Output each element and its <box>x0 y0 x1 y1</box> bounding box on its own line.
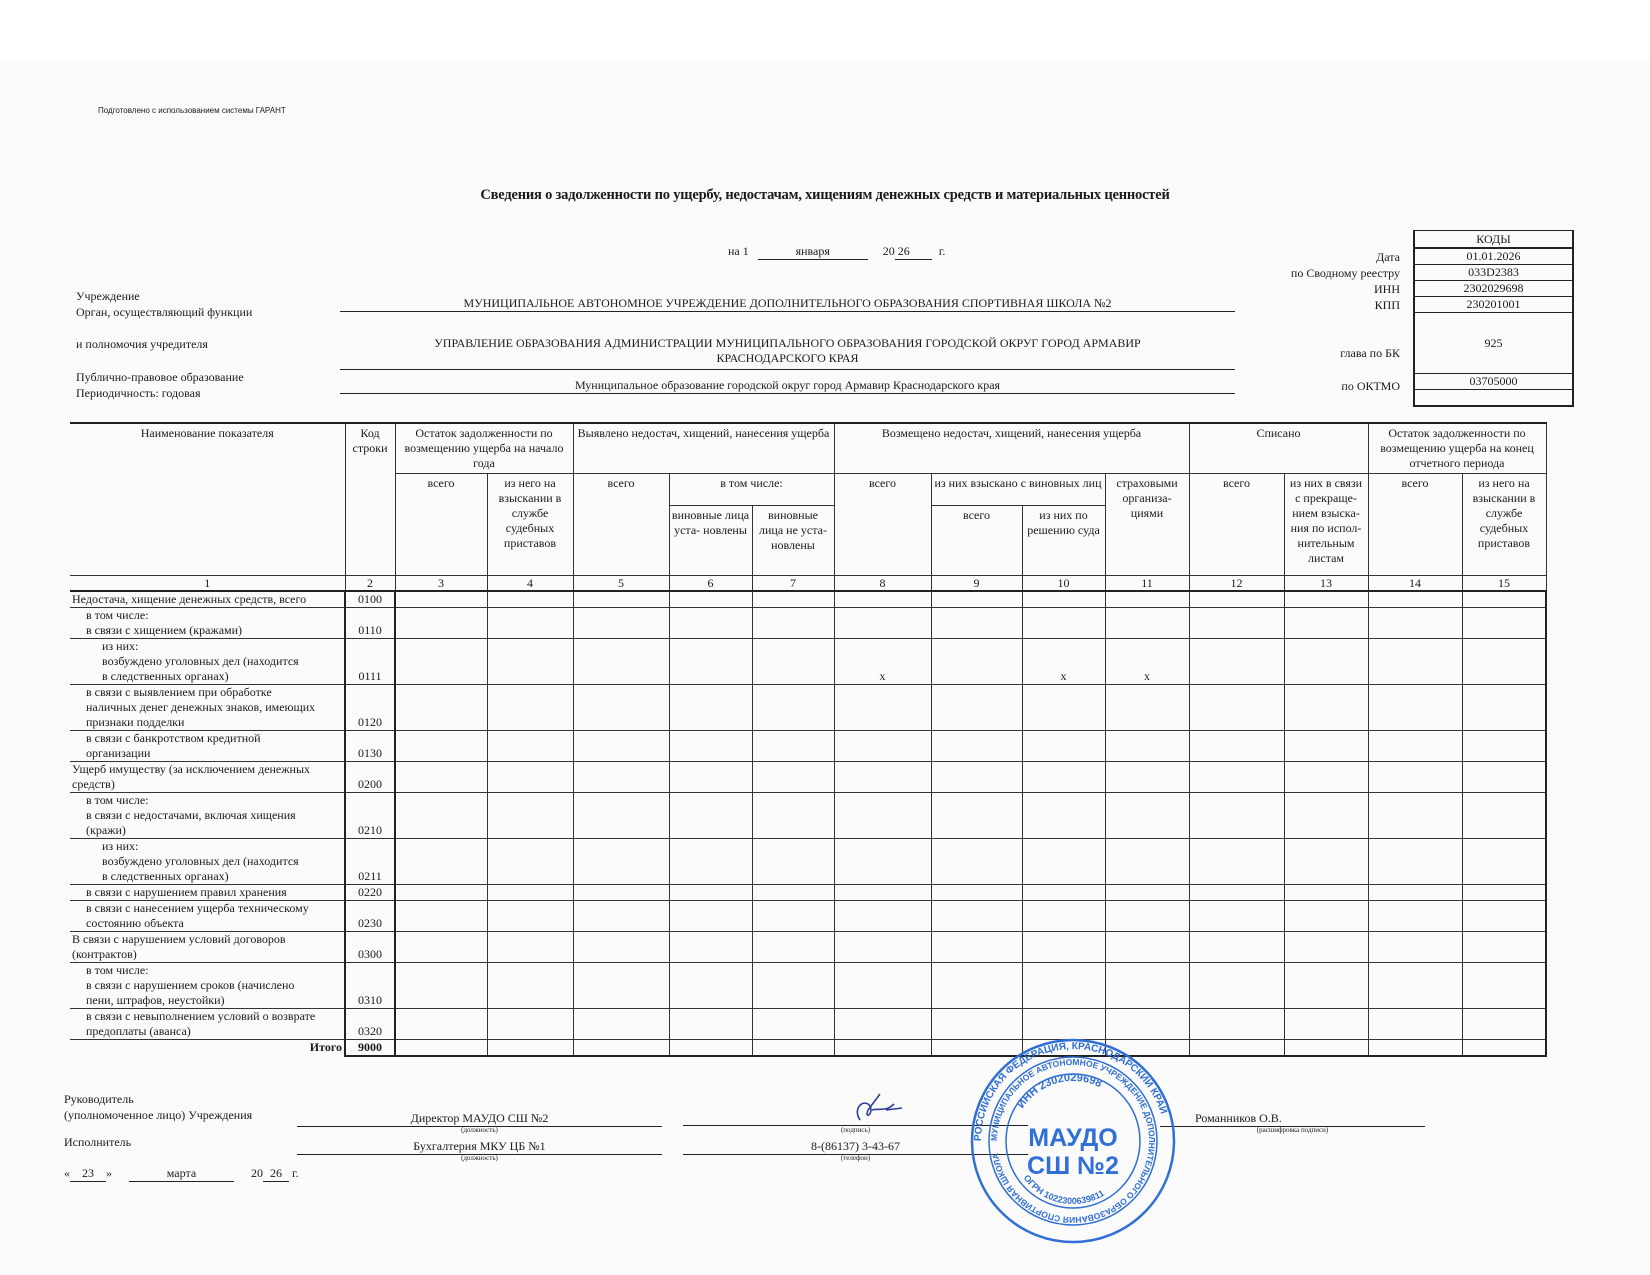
column-number: 11 <box>1105 575 1189 591</box>
public-entity-label: Публично-правовое образование <box>76 370 244 385</box>
table-row: в том числе: в связи с нарушением сроков… <box>70 962 1546 1008</box>
table-row: в связи с нанесением ущерба техническому… <box>70 900 1546 931</box>
head-label-1: Руководитель <box>64 1092 134 1107</box>
table-row: в связи с невыполнением условий о возвра… <box>70 1008 1546 1039</box>
header-detected-including: в том числе: <box>669 473 834 505</box>
value-cell[interactable] <box>1022 607 1105 638</box>
header-detected-total: всего <box>573 473 669 575</box>
document-title: Сведения о задолженности по ущербу, недо… <box>0 187 1650 204</box>
row-name: Ущерб имуществу (за исключением денежных… <box>70 761 345 792</box>
value-cell[interactable] <box>1368 838 1462 884</box>
total-cell[interactable] <box>1284 1039 1368 1056</box>
header-by-court: из них по решению суда <box>1022 505 1105 575</box>
public-entity-value: Муниципальное образование городской окру… <box>340 378 1235 394</box>
executor-position-caption: (должность) <box>297 1154 662 1162</box>
row-name: Недостача, хищение денежных средств, все… <box>70 591 345 608</box>
row-code: 0310 <box>345 962 395 1008</box>
code-kpp: 230201001 <box>1415 296 1572 312</box>
date-month: января <box>758 244 868 260</box>
value-cell[interactable] <box>1105 730 1189 761</box>
row-code: 0110 <box>345 607 395 638</box>
total-row: Итого9000 <box>70 1039 1546 1056</box>
value-cell[interactable] <box>1189 931 1284 962</box>
value-cell[interactable] <box>1022 838 1105 884</box>
code-inn: 2302029698 <box>1415 280 1572 296</box>
value-cell[interactable] <box>1022 931 1105 962</box>
value-cell[interactable] <box>834 884 931 900</box>
value-cell[interactable] <box>1105 900 1189 931</box>
value-cell[interactable] <box>1368 607 1462 638</box>
value-cell[interactable] <box>1462 1008 1546 1039</box>
value-cell[interactable] <box>1189 838 1284 884</box>
value-cell[interactable] <box>752 1008 834 1039</box>
value-cell[interactable] <box>669 1008 752 1039</box>
value-cell[interactable] <box>669 900 752 931</box>
codes-header: КОДЫ <box>1415 231 1572 247</box>
total-cell[interactable] <box>834 1039 931 1056</box>
column-number: 13 <box>1284 575 1368 591</box>
value-cell[interactable] <box>395 730 487 761</box>
value-cell[interactable] <box>1022 900 1105 931</box>
value-cell[interactable] <box>931 638 1022 684</box>
founder-value-1: УПРАВЛЕНИЕ ОБРАЗОВАНИЯ АДМИНИСТРАЦИИ МУН… <box>340 336 1235 351</box>
value-cell[interactable] <box>834 792 931 838</box>
value-cell[interactable] <box>573 607 669 638</box>
row-name: в том числе: в связи с нарушением сроков… <box>70 962 345 1008</box>
founder-underline <box>340 369 1235 370</box>
value-cell[interactable] <box>395 900 487 931</box>
code-label-registry: по Сводному реестру <box>1180 266 1400 281</box>
value-cell[interactable] <box>1284 838 1368 884</box>
value-cell[interactable] <box>487 1008 573 1039</box>
value-cell[interactable] <box>573 638 669 684</box>
value-cell[interactable] <box>1105 684 1189 730</box>
table-row: В связи с нарушением условий договоров (… <box>70 931 1546 962</box>
head-label-2: (уполномоченное лицо) Учреждения <box>64 1108 252 1123</box>
value-cell[interactable] <box>752 638 834 684</box>
row-name: в связи с выявлением при обработке налич… <box>70 684 345 730</box>
value-cell[interactable] <box>487 684 573 730</box>
value-cell[interactable] <box>1189 591 1284 608</box>
sign-date-suffix: г. <box>292 1166 299 1180</box>
row-name: в связи с нарушением правил хранения <box>70 884 345 900</box>
header-name: Наименование показателя <box>70 423 345 575</box>
value-cell[interactable] <box>1284 761 1368 792</box>
value-cell[interactable] <box>573 884 669 900</box>
table-row: из них: возбуждено уголовных дел (находи… <box>70 638 1546 684</box>
garant-note: Подготовлено с использованием системы ГА… <box>98 106 286 115</box>
table-row: в том числе: в связи с хищением (кражами… <box>70 607 1546 638</box>
value-cell[interactable] <box>487 884 573 900</box>
header-culprits-found: виновные лица уста- новлены <box>669 505 752 575</box>
row-code: 0100 <box>345 591 395 608</box>
sign-date-year: 26 <box>263 1166 289 1182</box>
table-row: в том числе: в связи с недостачами, вклю… <box>70 792 1546 838</box>
value-cell[interactable] <box>487 838 573 884</box>
value-cell[interactable] <box>487 638 573 684</box>
sign-date-month: марта <box>129 1166 234 1182</box>
value-cell[interactable] <box>1284 931 1368 962</box>
value-cell[interactable] <box>1189 1008 1284 1039</box>
value-cell[interactable] <box>931 684 1022 730</box>
value-cell[interactable] <box>487 931 573 962</box>
value-cell[interactable] <box>487 761 573 792</box>
row-code: 0320 <box>345 1008 395 1039</box>
value-cell[interactable] <box>1105 607 1189 638</box>
value-cell[interactable] <box>1284 884 1368 900</box>
value-cell[interactable] <box>1284 607 1368 638</box>
row-code: 0300 <box>345 931 395 962</box>
value-cell[interactable] <box>1462 900 1546 931</box>
value-cell[interactable] <box>395 684 487 730</box>
value-cell[interactable] <box>1368 638 1462 684</box>
value-cell[interactable] <box>1189 761 1284 792</box>
value-cell[interactable] <box>834 931 931 962</box>
value-cell[interactable] <box>1284 591 1368 608</box>
date-prefix: на 1 <box>728 244 749 258</box>
value-cell[interactable] <box>1462 761 1546 792</box>
code-glava: 925 <box>1415 312 1572 373</box>
value-cell[interactable] <box>669 761 752 792</box>
value-cell[interactable] <box>834 838 931 884</box>
value-cell[interactable] <box>1189 638 1284 684</box>
header-end-balance: Остаток задолженности по возмещению ущер… <box>1368 423 1546 473</box>
sign-date-year-prefix: 20 <box>251 1166 263 1180</box>
value-cell[interactable] <box>573 962 669 1008</box>
total-cell[interactable] <box>752 1039 834 1056</box>
value-cell[interactable] <box>1462 591 1546 608</box>
value-cell[interactable] <box>487 607 573 638</box>
value-cell[interactable] <box>752 591 834 608</box>
value-cell[interactable] <box>931 962 1022 1008</box>
name-caption: (расшифровка подписи) <box>1160 1126 1425 1134</box>
value-cell[interactable] <box>395 884 487 900</box>
column-number: 9 <box>931 575 1022 591</box>
header-insurers: страховыми организа- циями <box>1105 473 1189 575</box>
value-cell[interactable] <box>1022 792 1105 838</box>
value-cell[interactable] <box>1462 638 1546 684</box>
column-number: 4 <box>487 575 573 591</box>
value-cell[interactable] <box>669 838 752 884</box>
value-cell[interactable] <box>931 607 1022 638</box>
value-cell[interactable] <box>834 684 931 730</box>
value-cell[interactable] <box>573 761 669 792</box>
date-year-prefix: 20 <box>883 244 895 258</box>
row-code: 0210 <box>345 792 395 838</box>
column-number: 2 <box>345 575 395 591</box>
value-cell[interactable] <box>752 607 834 638</box>
value-cell[interactable] <box>395 962 487 1008</box>
row-name: в том числе: в связи с хищением (кражами… <box>70 607 345 638</box>
value-cell[interactable] <box>1022 1008 1105 1039</box>
header-start-bailiffs: из него на взыскании в службе судебных п… <box>487 473 573 575</box>
value-cell[interactable] <box>573 730 669 761</box>
value-cell[interactable] <box>1284 1008 1368 1039</box>
value-cell[interactable] <box>1462 730 1546 761</box>
value-cell[interactable] <box>1462 684 1546 730</box>
table-row: из них: возбуждено уголовных дел (находи… <box>70 838 1546 884</box>
value-cell[interactable] <box>1189 884 1284 900</box>
header-from-culprits: из них взыскано с виновных лиц <box>931 473 1105 505</box>
value-cell[interactable] <box>487 730 573 761</box>
header-start-total: всего <box>395 473 487 575</box>
institution-value: МУНИЦИПАЛЬНОЕ АВТОНОМНОЕ УЧРЕЖДЕНИЕ ДОПО… <box>340 296 1235 312</box>
value-cell[interactable] <box>752 900 834 931</box>
row-name: в том числе: в связи с недостачами, вклю… <box>70 792 345 838</box>
value-cell[interactable] <box>395 761 487 792</box>
value-cell[interactable] <box>669 684 752 730</box>
header-written-off: Списано <box>1189 423 1368 473</box>
value-cell[interactable] <box>931 1008 1022 1039</box>
row-code: 0130 <box>345 730 395 761</box>
value-cell[interactable] <box>1368 761 1462 792</box>
value-cell[interactable] <box>931 931 1022 962</box>
header-end-bailiffs: из него на взыскании в службе судебных п… <box>1462 473 1546 575</box>
value-cell[interactable] <box>395 607 487 638</box>
value-cell[interactable] <box>834 900 931 931</box>
code-date: 01.01.2026 <box>1415 247 1572 264</box>
official-stamp: РОССИЙСКАЯ ФЕДЕРАЦИЯ, КРАСНОДАРСКИЙ КРАЙ… <box>970 1038 1176 1244</box>
value-cell[interactable] <box>573 792 669 838</box>
header-start-balance: Остаток задолженности по возмещению ущер… <box>395 423 573 473</box>
value-cell[interactable] <box>487 900 573 931</box>
total-cell[interactable] <box>573 1039 669 1056</box>
value-cell[interactable] <box>1284 684 1368 730</box>
value-cell[interactable] <box>1022 761 1105 792</box>
column-number: 12 <box>1189 575 1284 591</box>
value-cell[interactable] <box>1105 884 1189 900</box>
value-cell[interactable] <box>834 607 931 638</box>
table-row: Недостача, хищение денежных средств, все… <box>70 591 1546 608</box>
value-cell[interactable] <box>1284 638 1368 684</box>
total-cell[interactable] <box>1368 1039 1462 1056</box>
column-number: 1 <box>70 575 345 591</box>
value-cell[interactable] <box>395 591 487 608</box>
value-cell[interactable] <box>1189 962 1284 1008</box>
row-code: 0120 <box>345 684 395 730</box>
executor-label: Исполнитель <box>64 1135 131 1150</box>
header-terminated: из них в связи с прекраще- нием взыска- … <box>1284 473 1368 575</box>
value-cell[interactable] <box>1462 838 1546 884</box>
value-cell[interactable] <box>395 792 487 838</box>
value-cell[interactable] <box>1105 792 1189 838</box>
value-cell[interactable] <box>1105 761 1189 792</box>
value-cell[interactable] <box>834 730 931 761</box>
value-cell[interactable] <box>1368 900 1462 931</box>
header-written-total: всего <box>1189 473 1284 575</box>
value-cell[interactable] <box>1105 591 1189 608</box>
value-cell[interactable] <box>1105 962 1189 1008</box>
value-cell[interactable] <box>1462 884 1546 900</box>
total-cell[interactable] <box>487 1039 573 1056</box>
founder-value-2: КРАСНОДАРСКОГО КРАЯ <box>340 351 1235 366</box>
total-cell[interactable] <box>1462 1039 1546 1056</box>
value-cell[interactable] <box>1022 591 1105 608</box>
periodicity-label: Периодичность: годовая <box>76 386 200 401</box>
value-cell[interactable] <box>573 838 669 884</box>
debt-table: Наименование показателя Код строки Остат… <box>70 422 1547 1057</box>
value-cell[interactable] <box>1022 730 1105 761</box>
row-code: 0230 <box>345 900 395 931</box>
value-cell[interactable] <box>834 761 931 792</box>
value-cell[interactable] <box>1189 730 1284 761</box>
value-cell[interactable] <box>1462 607 1546 638</box>
table-row: в связи с выявлением при обработке налич… <box>70 684 1546 730</box>
institution-label: Учреждение <box>76 289 140 304</box>
row-name: В связи с нарушением условий договоров (… <box>70 931 345 962</box>
sign-date: «23» марта 2026 г. <box>64 1166 299 1182</box>
value-cell[interactable] <box>1105 838 1189 884</box>
row-code: 0211 <box>345 838 395 884</box>
value-cell[interactable] <box>752 684 834 730</box>
code-label-kpp: КПП <box>1180 298 1400 313</box>
row-code: 0111 <box>345 638 395 684</box>
value-cell[interactable] <box>1368 684 1462 730</box>
value-cell[interactable] <box>395 1008 487 1039</box>
value-cell[interactable] <box>1368 931 1462 962</box>
value-cell[interactable] <box>1105 931 1189 962</box>
value-cell[interactable] <box>752 792 834 838</box>
value-cell[interactable] <box>752 884 834 900</box>
row-code: 0220 <box>345 884 395 900</box>
total-code: 9000 <box>345 1039 395 1056</box>
value-cell[interactable] <box>573 931 669 962</box>
value-cell[interactable] <box>573 900 669 931</box>
value-cell[interactable] <box>931 838 1022 884</box>
value-cell[interactable] <box>1022 962 1105 1008</box>
value-cell[interactable] <box>1284 730 1368 761</box>
total-cell[interactable] <box>1189 1039 1284 1056</box>
column-number: 8 <box>834 575 931 591</box>
value-cell[interactable]: x <box>1022 638 1105 684</box>
value-cell[interactable] <box>669 884 752 900</box>
value-cell[interactable] <box>752 931 834 962</box>
value-cell[interactable] <box>752 761 834 792</box>
date-suffix: г. <box>939 244 946 258</box>
value-cell[interactable] <box>395 638 487 684</box>
value-cell[interactable] <box>1189 607 1284 638</box>
total-cell[interactable] <box>669 1039 752 1056</box>
value-cell[interactable] <box>1284 900 1368 931</box>
value-cell[interactable] <box>573 1008 669 1039</box>
value-cell[interactable] <box>573 591 669 608</box>
report-date: на 1 января 2026 г. <box>728 244 945 260</box>
scan-top-margin <box>0 0 1650 62</box>
value-cell[interactable] <box>1368 1008 1462 1039</box>
value-cell[interactable] <box>1284 792 1368 838</box>
value-cell[interactable] <box>1189 792 1284 838</box>
row-code: 0200 <box>345 761 395 792</box>
value-cell[interactable] <box>487 792 573 838</box>
date-year: 26 <box>895 244 932 260</box>
value-cell[interactable] <box>395 838 487 884</box>
value-cell[interactable] <box>834 1008 931 1039</box>
value-cell[interactable] <box>931 792 1022 838</box>
value-cell[interactable] <box>669 931 752 962</box>
header-culprits-not-found: виновные лица не уста- новлены <box>752 505 834 575</box>
value-cell[interactable] <box>752 730 834 761</box>
stamp-center-1: МАУДО <box>1028 1124 1117 1152</box>
value-cell[interactable] <box>931 884 1022 900</box>
value-cell[interactable] <box>1462 962 1546 1008</box>
value-cell[interactable] <box>669 792 752 838</box>
value-cell[interactable] <box>834 591 931 608</box>
value-cell[interactable] <box>1022 884 1105 900</box>
column-number: 14 <box>1368 575 1462 591</box>
value-cell[interactable] <box>1368 591 1462 608</box>
founder-label-1: Орган, осуществляющий функции <box>76 305 252 320</box>
value-cell[interactable] <box>1022 684 1105 730</box>
column-number: 7 <box>752 575 834 591</box>
column-numbers-row: 123456789101112131415 <box>70 575 1546 591</box>
value-cell[interactable] <box>752 962 834 1008</box>
header-compensated: Возмещено недостач, хищений, нанесения у… <box>834 423 1189 473</box>
founder-label-2: и полномочия учредителя <box>76 337 208 352</box>
signature-mark <box>850 1090 910 1130</box>
value-cell[interactable] <box>752 838 834 884</box>
value-cell[interactable] <box>573 684 669 730</box>
value-cell[interactable] <box>931 730 1022 761</box>
value-cell[interactable] <box>1368 962 1462 1008</box>
value-cell[interactable] <box>1189 684 1284 730</box>
value-cell[interactable] <box>395 931 487 962</box>
column-number: 3 <box>395 575 487 591</box>
head-position: Директор МАУДО СШ №2 <box>297 1111 662 1127</box>
code-label-oktmo: по ОКТМО <box>1180 379 1400 394</box>
value-cell[interactable] <box>669 591 752 608</box>
table-row: в связи с банкротством кредитной организ… <box>70 730 1546 761</box>
row-name: из них: возбуждено уголовных дел (находи… <box>70 638 345 684</box>
value-cell[interactable] <box>1462 792 1546 838</box>
position-caption: (должность) <box>297 1126 662 1134</box>
column-number: 5 <box>573 575 669 591</box>
value-cell[interactable] <box>834 962 931 1008</box>
value-cell[interactable] <box>1368 792 1462 838</box>
value-cell[interactable] <box>1189 900 1284 931</box>
value-cell[interactable] <box>669 638 752 684</box>
value-cell[interactable]: x <box>1105 638 1189 684</box>
value-cell[interactable] <box>669 607 752 638</box>
row-name: в связи с нанесением ущерба техническому… <box>70 900 345 931</box>
executor-position: Бухгалтерия МКУ ЦБ №1 <box>297 1139 662 1155</box>
value-cell[interactable] <box>931 761 1022 792</box>
header-end-total: всего <box>1368 473 1462 575</box>
stamp-center-2: СШ №2 <box>1027 1152 1119 1180</box>
code-registry: 033D2383 <box>1415 264 1572 280</box>
value-cell[interactable]: x <box>834 638 931 684</box>
value-cell[interactable] <box>669 962 752 1008</box>
value-cell[interactable] <box>487 962 573 1008</box>
value-cell[interactable] <box>1105 1008 1189 1039</box>
value-cell[interactable] <box>931 900 1022 931</box>
code-label-glava: глава по БК <box>1180 346 1400 361</box>
header-compensated-total: всего <box>834 473 931 575</box>
value-cell[interactable] <box>669 730 752 761</box>
sign-date-day: 23 <box>70 1166 106 1182</box>
header-culprits-total: всего <box>931 505 1022 575</box>
codes-table: КОДЫ 01.01.2026 033D2383 2302029698 2302… <box>1413 230 1574 407</box>
value-cell[interactable] <box>487 591 573 608</box>
value-cell[interactable] <box>1368 730 1462 761</box>
row-name: из них: возбуждено уголовных дел (находи… <box>70 838 345 884</box>
total-cell[interactable] <box>395 1039 487 1056</box>
code-label-inn: ИНН <box>1180 282 1400 297</box>
row-name: в связи с банкротством кредитной организ… <box>70 730 345 761</box>
value-cell[interactable] <box>1462 931 1546 962</box>
value-cell[interactable] <box>931 591 1022 608</box>
value-cell[interactable] <box>1368 884 1462 900</box>
value-cell[interactable] <box>1284 962 1368 1008</box>
